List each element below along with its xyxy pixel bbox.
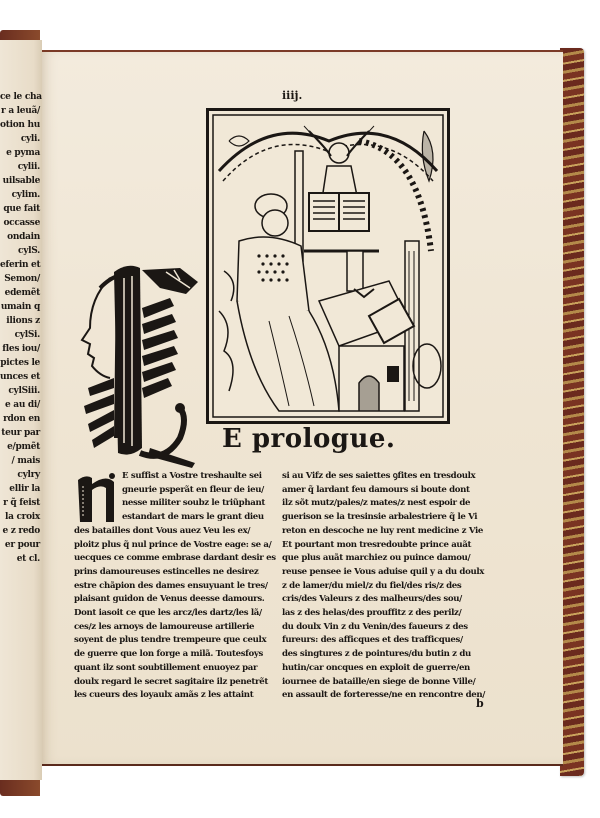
woodcut-scholar-angel-icon (209, 111, 447, 421)
text-line: iournee de bataille/en siege de bonne Vi… (282, 676, 492, 690)
left-page-text: ce le char a leuã/otion hucyli.e pymacyl… (0, 90, 40, 566)
text-line: si au Vifz de ses saiettes ꝯfites en tre… (282, 470, 492, 484)
text-line: ilz sõt mutz/pales/z mates/z nest espoir… (282, 497, 492, 511)
text-line: fureurs: des afficques et des trafficque… (282, 634, 492, 648)
text-line: en assault de forteresse/ne en rencontre… (282, 689, 492, 703)
text-line: e au di/ (0, 398, 40, 412)
folio-number: iiij. (282, 89, 302, 102)
text-line: Dont iasoit ce que les arcz/les dartz/le… (74, 607, 274, 621)
text-line: rdon en (0, 412, 40, 426)
text-line: estandart de mars le grant dieu (74, 511, 274, 525)
text-line: estre chãpion des dames ensuyuant le tre… (74, 580, 274, 594)
text-line: las z des helas/des prouffitz z des peri… (282, 607, 492, 621)
text-line: Semon/ (0, 272, 40, 286)
text-line: ellir la (0, 482, 40, 496)
text-line: ces/z les arnoys de lamoureuse artilleri… (74, 621, 274, 635)
text-line: gneurie psperãt en fleur de ieu/ (74, 484, 274, 498)
text-line: des batailles dont Vous auez Veu les ex/ (74, 525, 274, 539)
text-line: e pyma (0, 146, 40, 160)
text-line: quant ilz sont soubtillement enuoyez par (74, 662, 274, 676)
text-line: z de lamer/du miel/z du fiel/des ris/z d… (282, 580, 492, 594)
right-page: iiij. (42, 50, 563, 766)
signature-mark: b (476, 697, 484, 710)
text-line: doulx regard le secret sagitaire ilz pen… (74, 676, 274, 690)
text-line: unces et (0, 370, 40, 384)
text-line: uecques ce comme embrase dardant desir e… (74, 552, 274, 566)
text-line: cylry (0, 468, 40, 482)
text-line: eferin et (0, 258, 40, 272)
text-line: de guerre que lon forge a milã. Toutesfo… (74, 648, 274, 662)
text-line: pictes le (0, 356, 40, 370)
text-line: r a leuã/ (0, 104, 40, 118)
text-line: uilsable (0, 174, 40, 188)
text-line: cris/des Valeurs z des malheurs/des sou/ (282, 593, 492, 607)
woodcut-illustration (206, 108, 450, 424)
text-column-left: E suffist a Vostre treshaulte seigneurie… (74, 470, 274, 703)
text-line: soyent de plus tendre trempeure que ceul… (74, 634, 274, 648)
text-line: E suffist a Vostre treshaulte sei (74, 470, 274, 484)
text-line: ilions z (0, 314, 40, 328)
text-column-right: si au Vifz de ses saiettes ꝯfites en tre… (282, 470, 492, 703)
text-line: cylim. (0, 188, 40, 202)
text-line: fles iou/ (0, 342, 40, 356)
text-line: r q̃ feist (0, 496, 40, 510)
text-line: ploitz plus q̃ nul prince de Vostre eage… (74, 539, 274, 553)
text-line: les cueurs des loyaulx amãs z les attain… (74, 689, 274, 703)
text-line: nesse militer soubz le triũphant (74, 497, 274, 511)
decorated-initial-l-icon (70, 258, 200, 470)
text-line: er pour (0, 538, 40, 552)
text-line: et cl. (0, 552, 40, 566)
text-line: cylii. (0, 160, 40, 174)
text-line: cylSiii. (0, 384, 40, 398)
prologue-heading: E prologue. (222, 424, 395, 454)
text-line: que plus auãt marchiez ou puince damou/ (282, 552, 492, 566)
text-line: teur par (0, 426, 40, 440)
text-line: plaisant guidon de Venus deesse damours. (74, 593, 274, 607)
text-line: reuse pensee ie Vous aduise quil y a du … (282, 566, 492, 580)
text-line: reton en descoche ne luy rent medicine z… (282, 525, 492, 539)
text-line: e/pmẽt (0, 440, 40, 454)
text-line: du doulx Vin z du Venin/des faueurs z de… (282, 621, 492, 635)
text-line: edemẽt (0, 286, 40, 300)
text-line: guerison se la tresinsie arbalestriere q… (282, 511, 492, 525)
text-line: la croix (0, 510, 40, 524)
text-line: cylS. (0, 244, 40, 258)
text-line: hutin/car oncques en exploit de guerre/e… (282, 662, 492, 676)
text-line: ce le cha (0, 90, 40, 104)
right-cover-gilt-binding (560, 48, 584, 776)
text-line: des singtures z de pointures/du butin z … (282, 648, 492, 662)
text-line: cylSi. (0, 328, 40, 342)
text-line: umain q (0, 300, 40, 314)
open-book: ce le char a leuã/otion hucyli.e pymacyl… (0, 0, 600, 818)
text-line: e z redo (0, 524, 40, 538)
text-line: prins damoureuses estincelles ne desirez (74, 566, 274, 580)
text-line: otion hu (0, 118, 40, 132)
text-line: occasse (0, 216, 40, 230)
text-line: ondain (0, 230, 40, 244)
text-line: / mais (0, 454, 40, 468)
text-line: cyli. (0, 132, 40, 146)
left-page-edge: ce le char a leuã/otion hucyli.e pymacyl… (0, 40, 42, 780)
text-line: Et pourtant mon tresredoubte prince auãt (282, 539, 492, 553)
text-line: amer q̃ lardant feu damours si boute don… (282, 484, 492, 498)
text-line: que fait (0, 202, 40, 216)
